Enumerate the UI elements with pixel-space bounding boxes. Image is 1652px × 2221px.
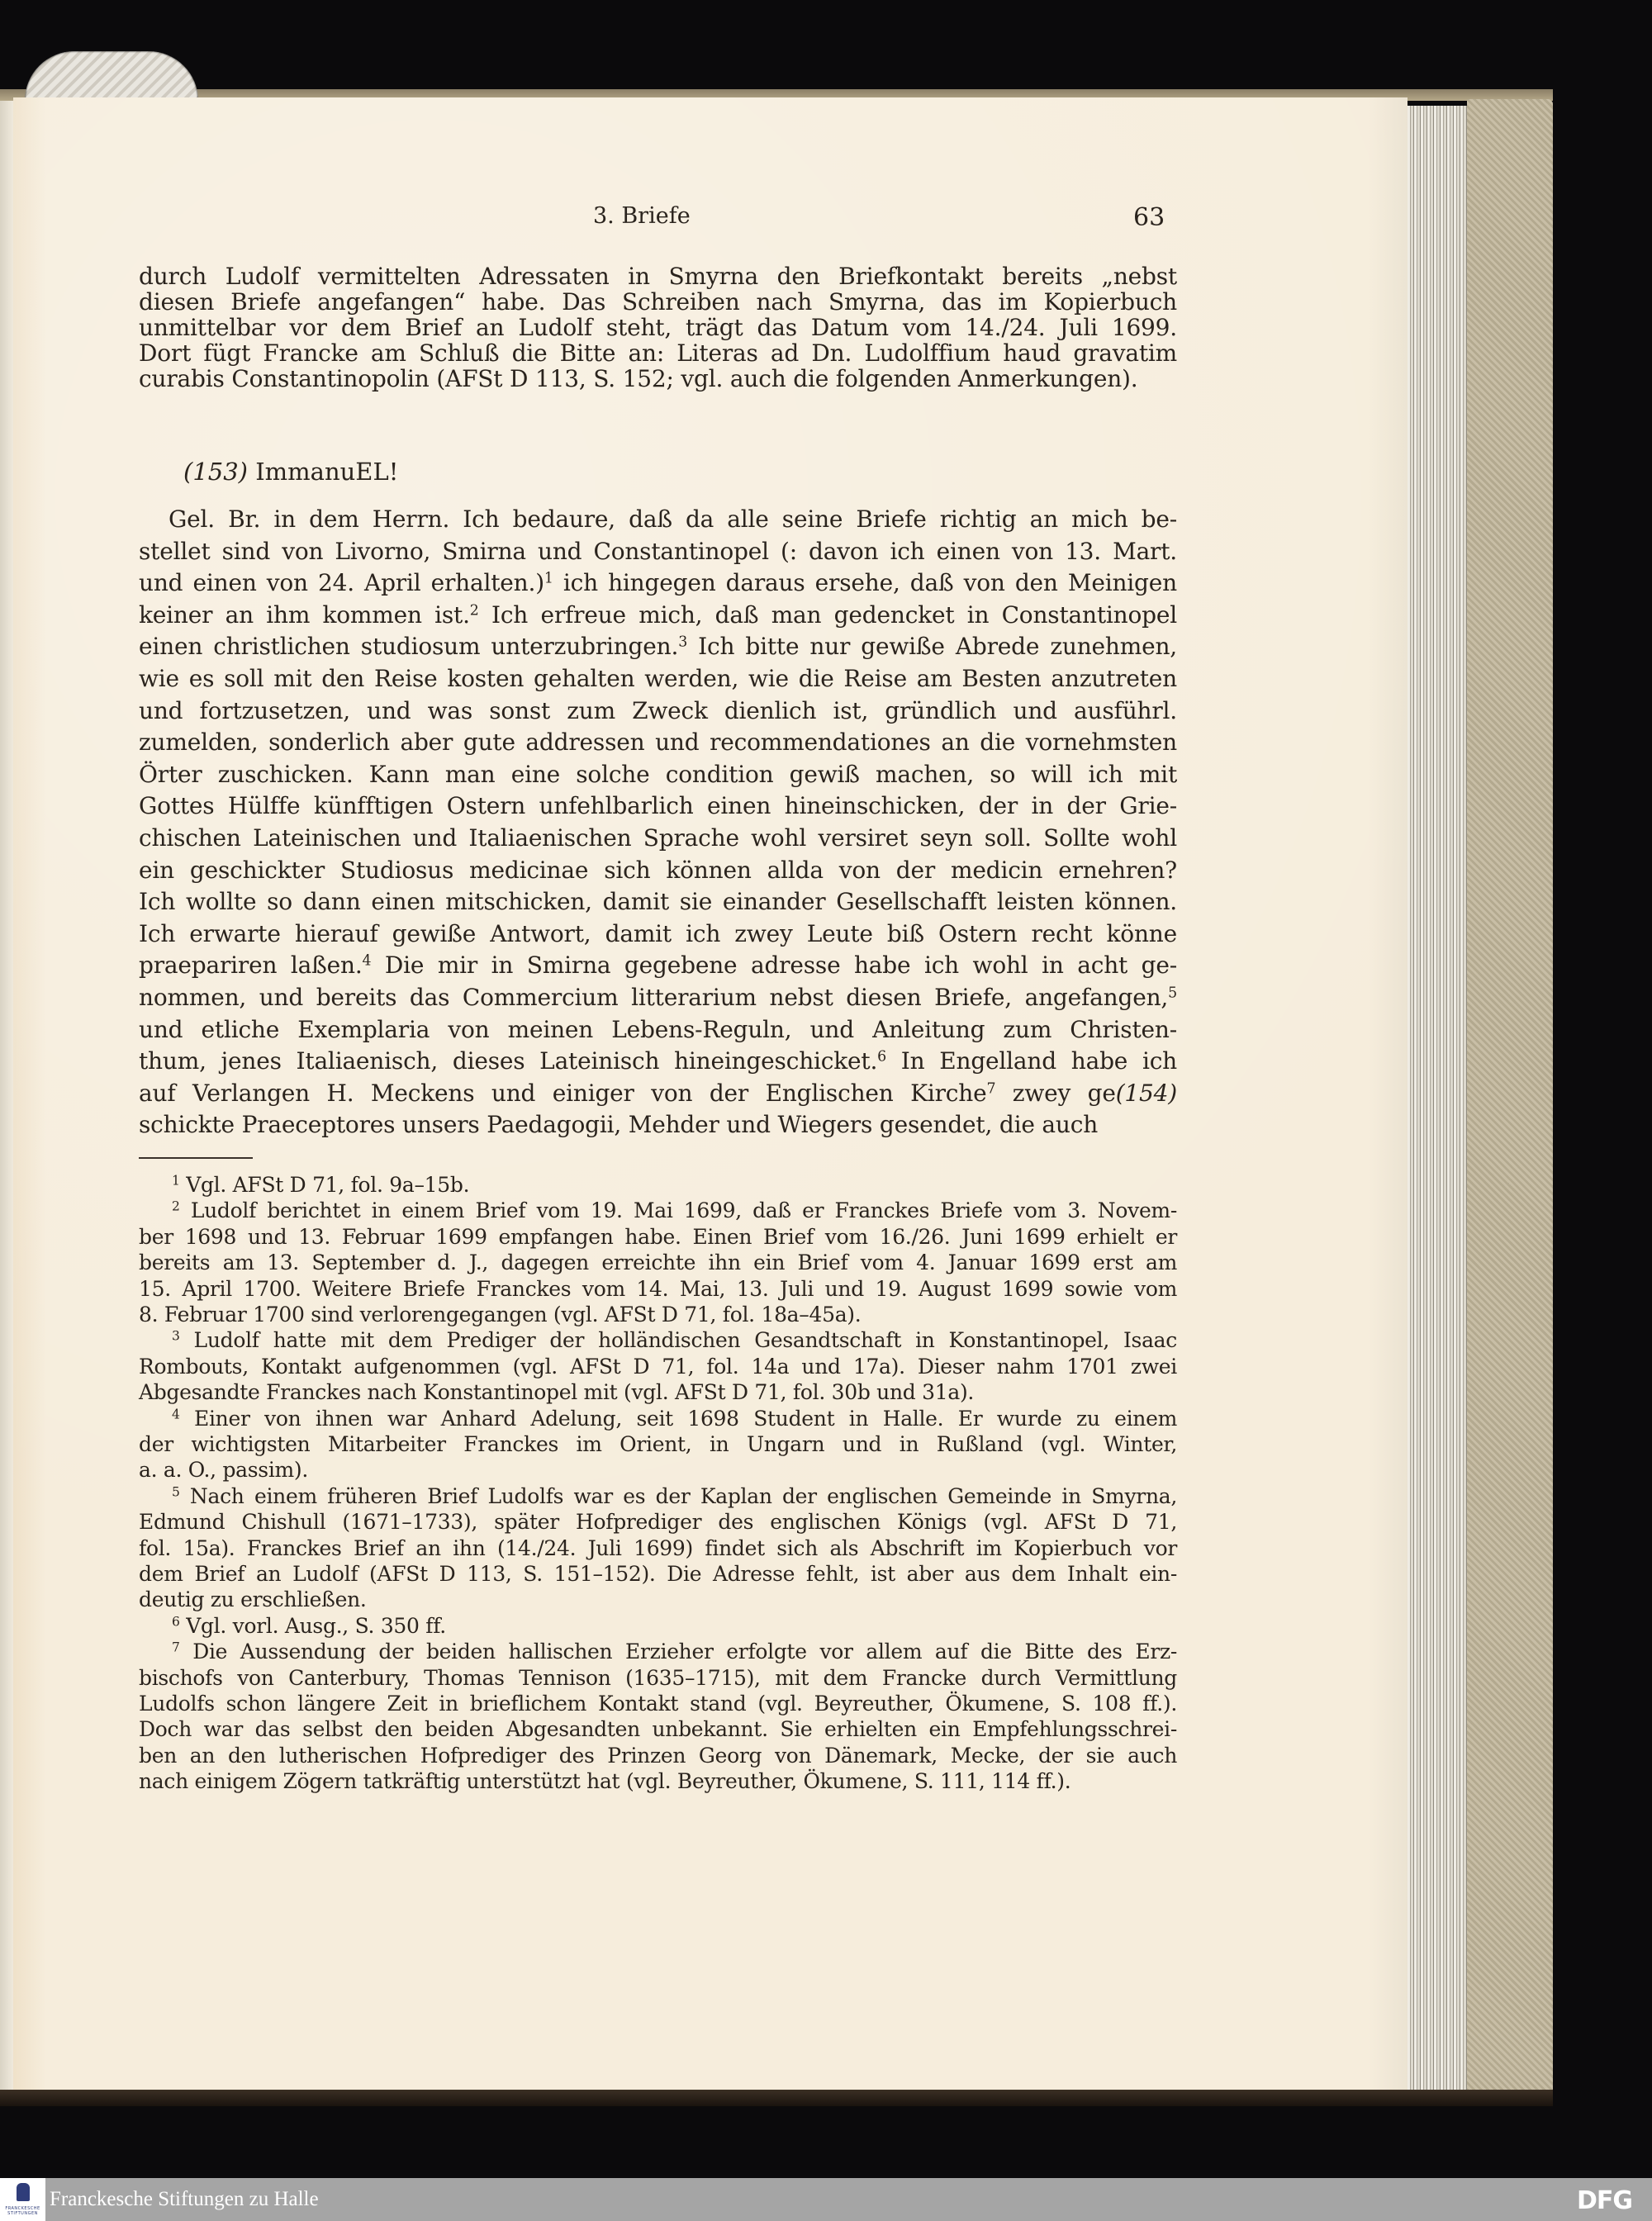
text-line: Gottes Hülffe künfftigen Ostern unfehlba…: [139, 792, 1177, 819]
text-line: und fortzusetzen, und was sonst zum Zwec…: [139, 697, 1177, 724]
text-line: keiner an ihm kommen ist.2 Ich erfreue m…: [139, 601, 1177, 629]
book-cover-spine: [1467, 99, 1553, 2095]
footnote-ref: 1: [544, 571, 553, 587]
page-number: 63: [1133, 203, 1165, 232]
institution-name[interactable]: Franckesche Stiftungen zu Halle: [50, 2188, 319, 2211]
text-line: Örter zuschicken. Kann man eine solche c…: [139, 761, 1177, 788]
text-line: wie es soll mit den Reise kosten gehalte…: [139, 665, 1177, 692]
text-line: curabis Constantinopolin (AFSt D 113, S.…: [139, 365, 1177, 392]
footnote-line: 4 Einer von ihnen war Anhard Adelung, se…: [172, 1407, 1177, 1431]
bookmark-ribbon: [25, 51, 198, 101]
footnote-line: 2 Ludolf berichtet in einem Brief vom 19…: [172, 1198, 1177, 1222]
dfg-logo[interactable]: DFG: [1577, 2186, 1632, 2215]
text-line: zumelden, sonderlich aber gute addressen…: [139, 728, 1177, 756]
footnote-separator: [139, 1157, 253, 1159]
text-line: Ich wollte so dann einen mitschicken, da…: [139, 888, 1177, 915]
text-line: auf Verlangen H. Meckens und einiger von…: [139, 1080, 1177, 1107]
footnote-ref: 6: [877, 1049, 886, 1065]
institution-logo[interactable]: FRANCKESCHE STIFTUNGEN: [0, 2178, 45, 2221]
footnote-number: 2: [172, 1199, 180, 1214]
footnote-line: nach einigem Zögern tatkräftig unterstüt…: [139, 1769, 1177, 1793]
footnote-line: 1 Vgl. AFSt D 71, fol. 9a–15b.: [172, 1173, 1177, 1197]
left-page-edge: [0, 99, 13, 2098]
footnote-ref: 5: [1168, 985, 1177, 1001]
text-line: und etliche Exemplaria von meinen Lebens…: [139, 1016, 1177, 1043]
footnote-line: 6 Vgl. vorl. Ausg., S. 350 ff.: [172, 1614, 1177, 1638]
text-line: stellet sind von Livorno, Smirna und Con…: [139, 538, 1177, 565]
footnote-line: deutig zu erschließen.: [139, 1587, 1177, 1611]
footnote-line: Rombouts, Kontakt aufgenommen (vgl. AFSt…: [139, 1355, 1177, 1379]
text-line: diesen Briefe angefangen“ habe. Das Schr…: [139, 288, 1177, 316]
footnote-line: fol. 15a). Franckes Brief an ihn (14./24…: [139, 1536, 1177, 1560]
text-line: durch Ludolf vermittelten Adressaten in …: [139, 263, 1177, 290]
book-cover-bottom: [0, 2090, 1553, 2106]
text-line: nommen, und bereits das Commercium litte…: [139, 984, 1177, 1011]
text-line: unmittelbar vor dem Brief an Ludolf steh…: [139, 314, 1177, 341]
francke-figure-icon: [17, 2183, 30, 2201]
footnote-line: 5 Nach einem früheren Brief Ludolfs war …: [172, 1484, 1177, 1508]
text-line: Ich erwarte hierauf gewiße Antwort, dami…: [139, 920, 1177, 947]
footnote-line: bereits am 13. September d. J., dagegen …: [139, 1250, 1177, 1274]
text-line: schickte Praeceptores unsers Paedagogii,…: [139, 1111, 1177, 1138]
salutation: ImmanuEL!: [255, 458, 398, 486]
footnote-line: ben an den lutherischen Hofprediger des …: [139, 1744, 1177, 1768]
text-line: thum, jenes Italiaenisch, dieses Lateini…: [139, 1047, 1177, 1075]
footnote-number: 7: [172, 1640, 180, 1655]
footnote-number: 1: [172, 1173, 180, 1188]
footnote-number: 4: [172, 1407, 180, 1421]
text-line: praepariren laßen.4 Die mir in Smirna ge…: [139, 952, 1177, 979]
logo-caption: FRANCKESCHE STIFTUNGEN: [2, 2206, 44, 2216]
footnote-line: 8. Februar 1700 sind verlorengegangen (v…: [139, 1303, 1177, 1326]
footnote-line: Ludolfs schon längere Zeit in briefliche…: [139, 1692, 1177, 1716]
footnote-line: Abgesandte Franckes nach Konstantinopel …: [139, 1380, 1177, 1404]
footnote-line: bischofs von Canterbury, Thomas Tennison…: [139, 1666, 1177, 1690]
running-head-title: 3. Briefe: [593, 203, 691, 229]
footnote-line: 7 Die Aussendung der beiden hallischen E…: [172, 1640, 1177, 1663]
footnote-ref: 3: [678, 634, 687, 651]
text-line: ein geschickter Studiosus medicinae sich…: [139, 857, 1177, 884]
footnote-line: 3 Ludolf hatte mit dem Prediger der holl…: [172, 1328, 1177, 1352]
footnote-number: 5: [172, 1484, 180, 1499]
page-marker: (153): [183, 458, 248, 486]
footnote-line: Doch war das selbst den beiden Abgesandt…: [139, 1717, 1177, 1741]
footnote-line: dem Brief an Ludolf (AFSt D 113, S. 151–…: [139, 1562, 1177, 1586]
letter-heading: (153) ImmanuEL!: [183, 458, 398, 486]
footnote-line: ber 1698 und 13. Februar 1699 empfangen …: [139, 1225, 1177, 1249]
text-line: Dort fügt Francke am Schluß die Bitte an…: [139, 339, 1177, 367]
footnote-line: 15. April 1700. Weitere Briefe Franckes …: [139, 1277, 1177, 1301]
footnote-line: der wichtigsten Mitarbeiter Franckes im …: [139, 1432, 1177, 1456]
text-line: chischen Lateinischen und Italiaenischen…: [139, 824, 1177, 852]
text-line: Gel. Br. in dem Herrn. Ich bedaure, daß …: [169, 505, 1177, 533]
text-line: einen christlichen studiosum unterzubrin…: [139, 633, 1177, 660]
footnote-ref: 2: [470, 602, 479, 619]
footnote-line: Edmund Chishull (1671–1733), später Hofp…: [139, 1510, 1177, 1534]
text-line: und einen von 24. April erhalten.)1 ich …: [139, 569, 1177, 596]
footnote-line: a. a. O., passim).: [139, 1458, 1177, 1482]
page-stack-edges: [1408, 106, 1467, 2090]
viewer-footer-bar: FRANCKESCHE STIFTUNGEN Franckesche Stift…: [0, 2178, 1652, 2221]
page-marker: (154): [1116, 1080, 1177, 1107]
footnote-number: 3: [172, 1329, 180, 1344]
footnote-number: 6: [172, 1614, 180, 1629]
footnote-ref: 4: [363, 953, 372, 970]
footnote-ref: 7: [986, 1080, 995, 1097]
